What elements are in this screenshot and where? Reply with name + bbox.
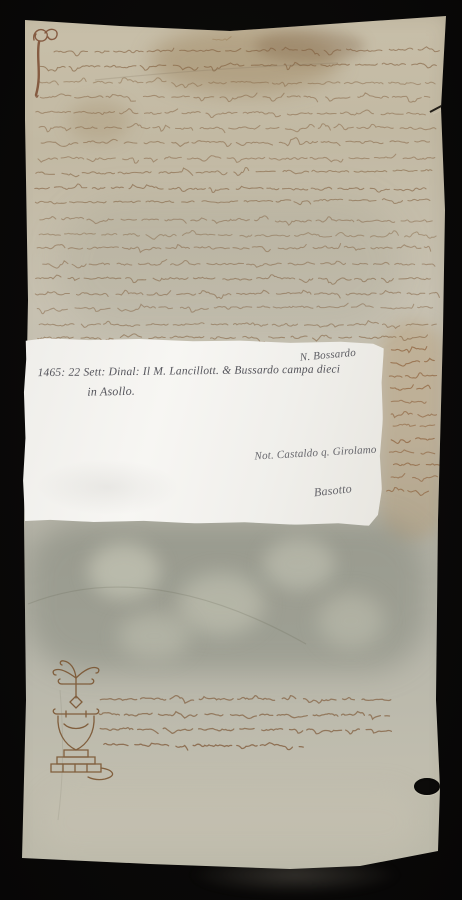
photo-backdrop: N. Bossardo 1465: 22 Sett: Dinal: Il M. …: [0, 0, 462, 900]
slip-annotation-date-summary: 1465: 22 Sett: Dinal: Il M. Lancillott. …: [37, 363, 340, 379]
slip-annotation-notary: Not. Castaldo q. Girolamo: [254, 444, 377, 463]
slip-annotation-place: in Asollo.: [87, 384, 135, 400]
parchment-hole: [414, 778, 440, 795]
slip-annotation-registrar: N. Bossardo: [299, 347, 356, 364]
slip-annotation-signature: Basotto: [313, 481, 352, 500]
archivist-slip: N. Bossardo 1465: 22 Sett: Dinal: Il M. …: [21, 337, 384, 526]
